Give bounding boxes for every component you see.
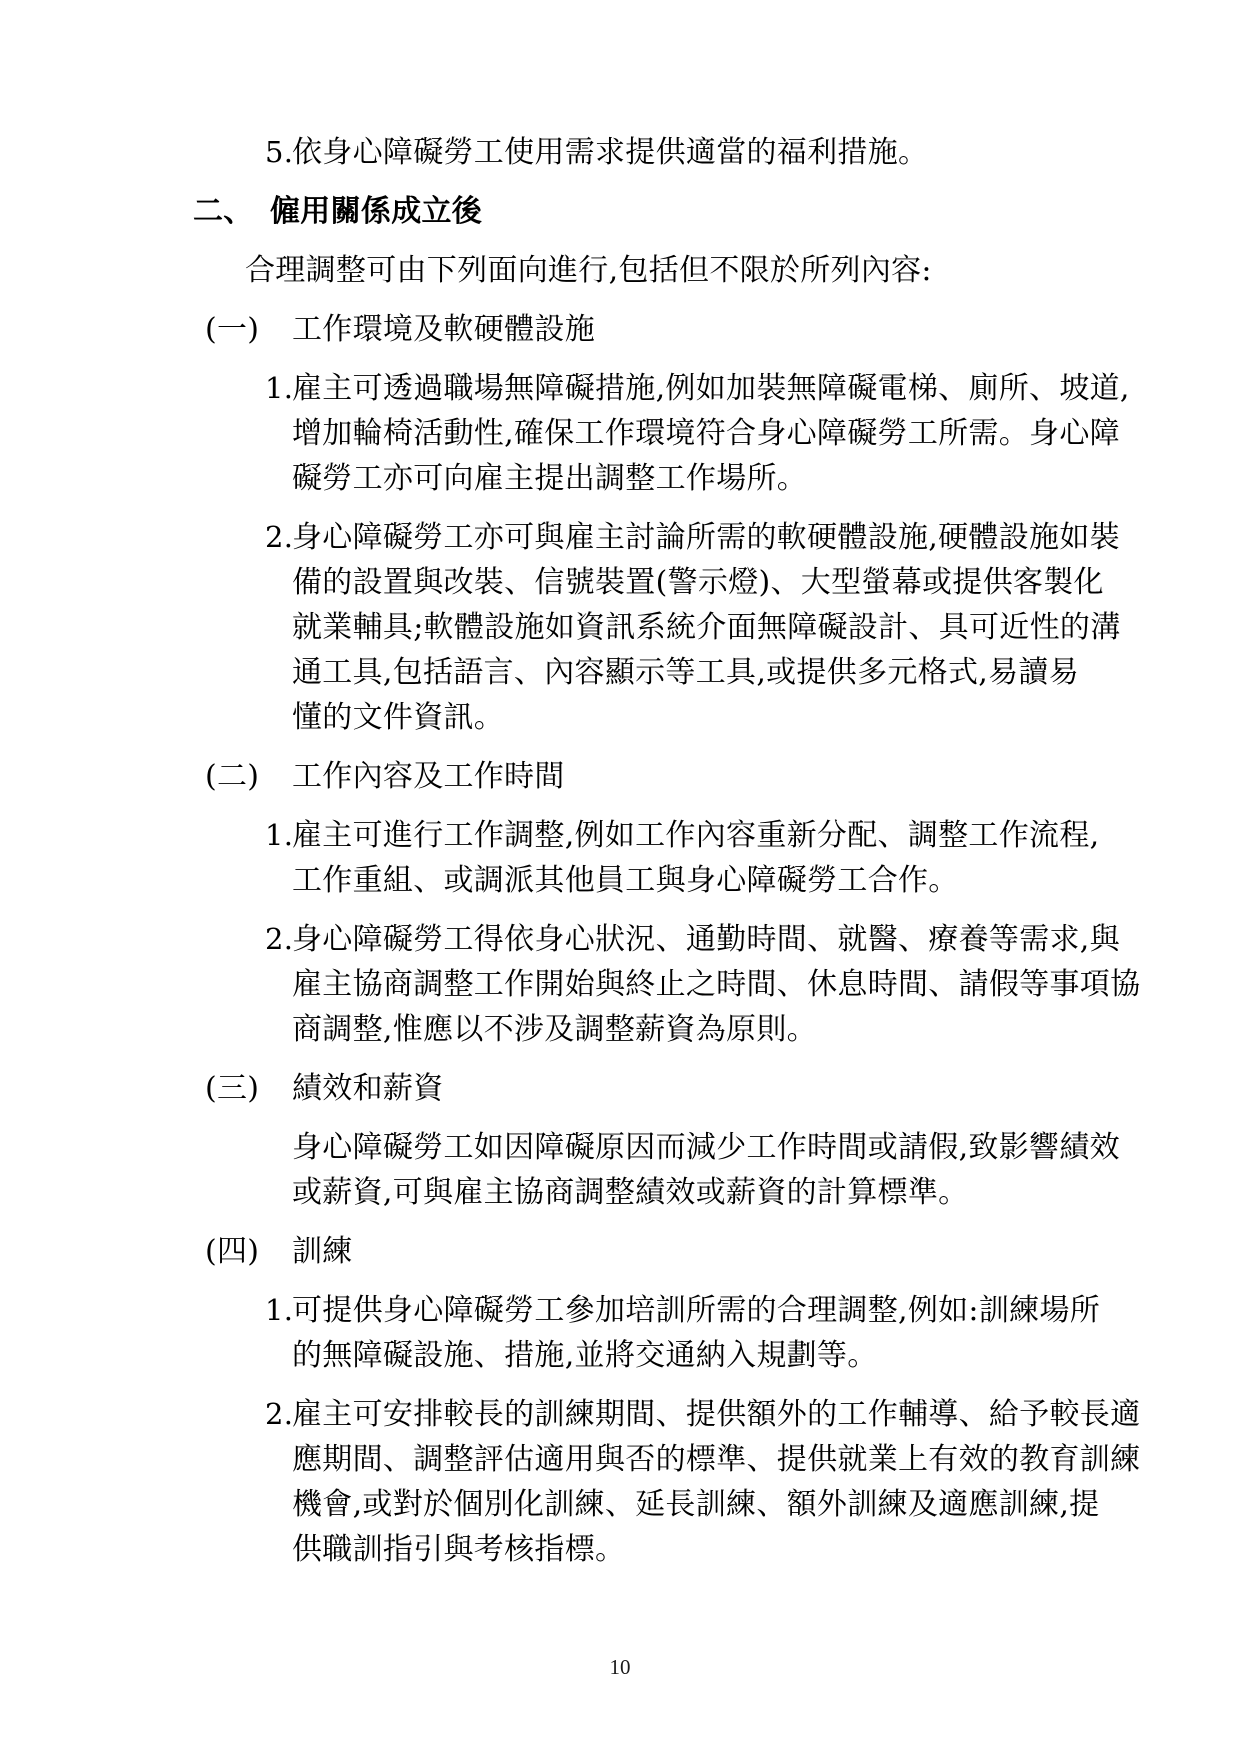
item-marker: 2. — [265, 917, 292, 962]
item-line: 1.雇主可進行工作調整,例如工作內容重新分配、調整工作流程, — [265, 813, 1145, 858]
item-marker: 1. — [265, 813, 292, 858]
item-line-text: 雇主可進行工作調整,例如工作內容重新分配、調整工作流程, — [292, 818, 1099, 853]
item-marker: 5. — [265, 130, 292, 175]
item-marker: 2. — [265, 515, 292, 560]
item-line: 機會,或對於個別化訓練、延長訓練、額外訓練及適應訓練,提 — [265, 1482, 1145, 1527]
item-line: 商調整,惟應以不涉及調整薪資為原則。 — [265, 1007, 1145, 1052]
section-title: 績效和薪資 — [292, 1071, 444, 1106]
body-paragraph: 身心障礙勞工如因障礙原因而減少工作時間或請假,致影響績效或薪資,可與雇主協商調整… — [265, 1125, 1145, 1215]
item-line: 增加輪椅活動性,確保工作環境符合身心障礙勞工所需。身心障 — [265, 411, 1145, 456]
item-line: 供職訓指引與考核指標。 — [265, 1527, 1145, 1572]
item-line: 礙勞工亦可向雇主提出調整工作場所。 — [265, 456, 1145, 501]
item-line: 的無障礙設施、措施,並將交通納入規劃等。 — [265, 1333, 1145, 1378]
document-body: 5.依身心障礙勞工使用需求提供適當的福利措施。二、僱用關係成立後合理調整可由下列… — [0, 130, 1240, 1586]
item-line: 懂的文件資訊。 — [265, 695, 1145, 740]
intro-paragraph: 合理調整可由下列面向進行,包括但不限於所列內容: — [245, 248, 1240, 293]
section-marker: (三) — [205, 1066, 292, 1111]
section-marker: (四) — [205, 1229, 292, 1274]
section-title: 訓練 — [292, 1234, 353, 1269]
item-line-text: 身心障礙勞工亦可與雇主討論所需的軟硬體設施,硬體設施如裝 — [292, 520, 1120, 555]
item-line: 雇主協商調整工作開始與終止之時間、休息時間、請假等事項協 — [265, 962, 1145, 1007]
section-marker: (一) — [205, 307, 292, 352]
item-marker: 1. — [265, 1288, 292, 1333]
item-line: 備的設置與改裝、信號裝置(警示燈)、大型螢幕或提供客製化 — [265, 560, 1145, 605]
item-line: 1.可提供身心障礙勞工參加培訓所需的合理調整,例如:訓練場所 — [265, 1288, 1145, 1333]
item-line-text: 身心障礙勞工得依身心狀況、通勤時間、就醫、療養等需求,與 — [292, 922, 1120, 957]
section-marker: (二) — [205, 754, 292, 799]
item-line: 身心障礙勞工如因障礙原因而減少工作時間或請假,致影響績效 — [265, 1125, 1145, 1170]
page-number: 10 — [0, 1655, 1240, 1680]
item-line-text: 身心障礙勞工如因障礙原因而減少工作時間或請假,致影響績效 — [292, 1130, 1120, 1165]
section-heading: (一)工作環境及軟硬體設施 — [205, 307, 1240, 352]
list-item: 1.雇主可進行工作調整,例如工作內容重新分配、調整工作流程,工作重組、或調派其他… — [265, 813, 1145, 903]
section-heading: (三)績效和薪資 — [205, 1066, 1240, 1111]
list-item: 2.身心障礙勞工得依身心狀況、通勤時間、就醫、療養等需求,與雇主協商調整工作開始… — [265, 917, 1145, 1052]
item-line: 通工具,包括語言、內容顯示等工具,或提供多元格式,易讀易 — [265, 650, 1145, 695]
list-item: 1.雇主可透過職場無障礙措施,例如加裝無障礙電梯、廁所、坡道,增加輪椅活動性,確… — [265, 366, 1145, 501]
item-line: 2.身心障礙勞工亦可與雇主討論所需的軟硬體設施,硬體設施如裝 — [265, 515, 1145, 560]
item-line: 就業輔具;軟體設施如資訊系統介面無障礙設計、具可近性的溝 — [265, 605, 1145, 650]
item-marker: 2. — [265, 1392, 292, 1437]
list-item: 2.身心障礙勞工亦可與雇主討論所需的軟硬體設施,硬體設施如裝備的設置與改裝、信號… — [265, 515, 1145, 740]
section-heading: (四)訓練 — [205, 1229, 1240, 1274]
item-line-text: 依身心障礙勞工使用需求提供適當的福利措施。 — [292, 135, 928, 170]
heading-title: 僱用關係成立後 — [270, 194, 482, 229]
item-line-text: 雇主可透過職場無障礙措施,例如加裝無障礙電梯、廁所、坡道, — [292, 371, 1130, 406]
list-item: 1.可提供身心障礙勞工參加培訓所需的合理調整,例如:訓練場所的無障礙設施、措施,… — [265, 1288, 1145, 1378]
item-line: 工作重組、或調派其他員工與身心障礙勞工合作。 — [265, 858, 1145, 903]
document-page: 5.依身心障礙勞工使用需求提供適當的福利措施。二、僱用關係成立後合理調整可由下列… — [0, 0, 1240, 1755]
heading-marker: 二、 — [193, 189, 270, 234]
item-line: 或薪資,可與雇主協商調整績效或薪資的計算標準。 — [265, 1170, 1145, 1215]
main-heading: 二、僱用關係成立後 — [193, 189, 1240, 234]
list-item: 2.雇主可安排較長的訓練期間、提供額外的工作輔導、給予較長適應期間、調整評估適用… — [265, 1392, 1145, 1572]
section-title: 工作內容及工作時間 — [292, 759, 565, 794]
item-line-text: 可提供身心障礙勞工參加培訓所需的合理調整,例如:訓練場所 — [292, 1293, 1100, 1328]
item-line-text: 雇主可安排較長的訓練期間、提供額外的工作輔導、給予較長適 — [292, 1397, 1140, 1432]
item-line: 2.身心障礙勞工得依身心狀況、通勤時間、就醫、療養等需求,與 — [265, 917, 1145, 962]
item-line: 1.雇主可透過職場無障礙措施,例如加裝無障礙電梯、廁所、坡道, — [265, 366, 1145, 411]
item-marker: 1. — [265, 366, 292, 411]
paragraph-line: 合理調整可由下列面向進行,包括但不限於所列內容: — [245, 248, 1240, 293]
list-item: 5.依身心障礙勞工使用需求提供適當的福利措施。 — [265, 130, 1145, 175]
item-line: 應期間、調整評估適用與否的標準、提供就業上有效的教育訓練 — [265, 1437, 1145, 1482]
item-line: 5.依身心障礙勞工使用需求提供適當的福利措施。 — [265, 130, 1145, 175]
item-line: 2.雇主可安排較長的訓練期間、提供額外的工作輔導、給予較長適 — [265, 1392, 1145, 1437]
section-heading: (二)工作內容及工作時間 — [205, 754, 1240, 799]
section-title: 工作環境及軟硬體設施 — [292, 312, 595, 347]
